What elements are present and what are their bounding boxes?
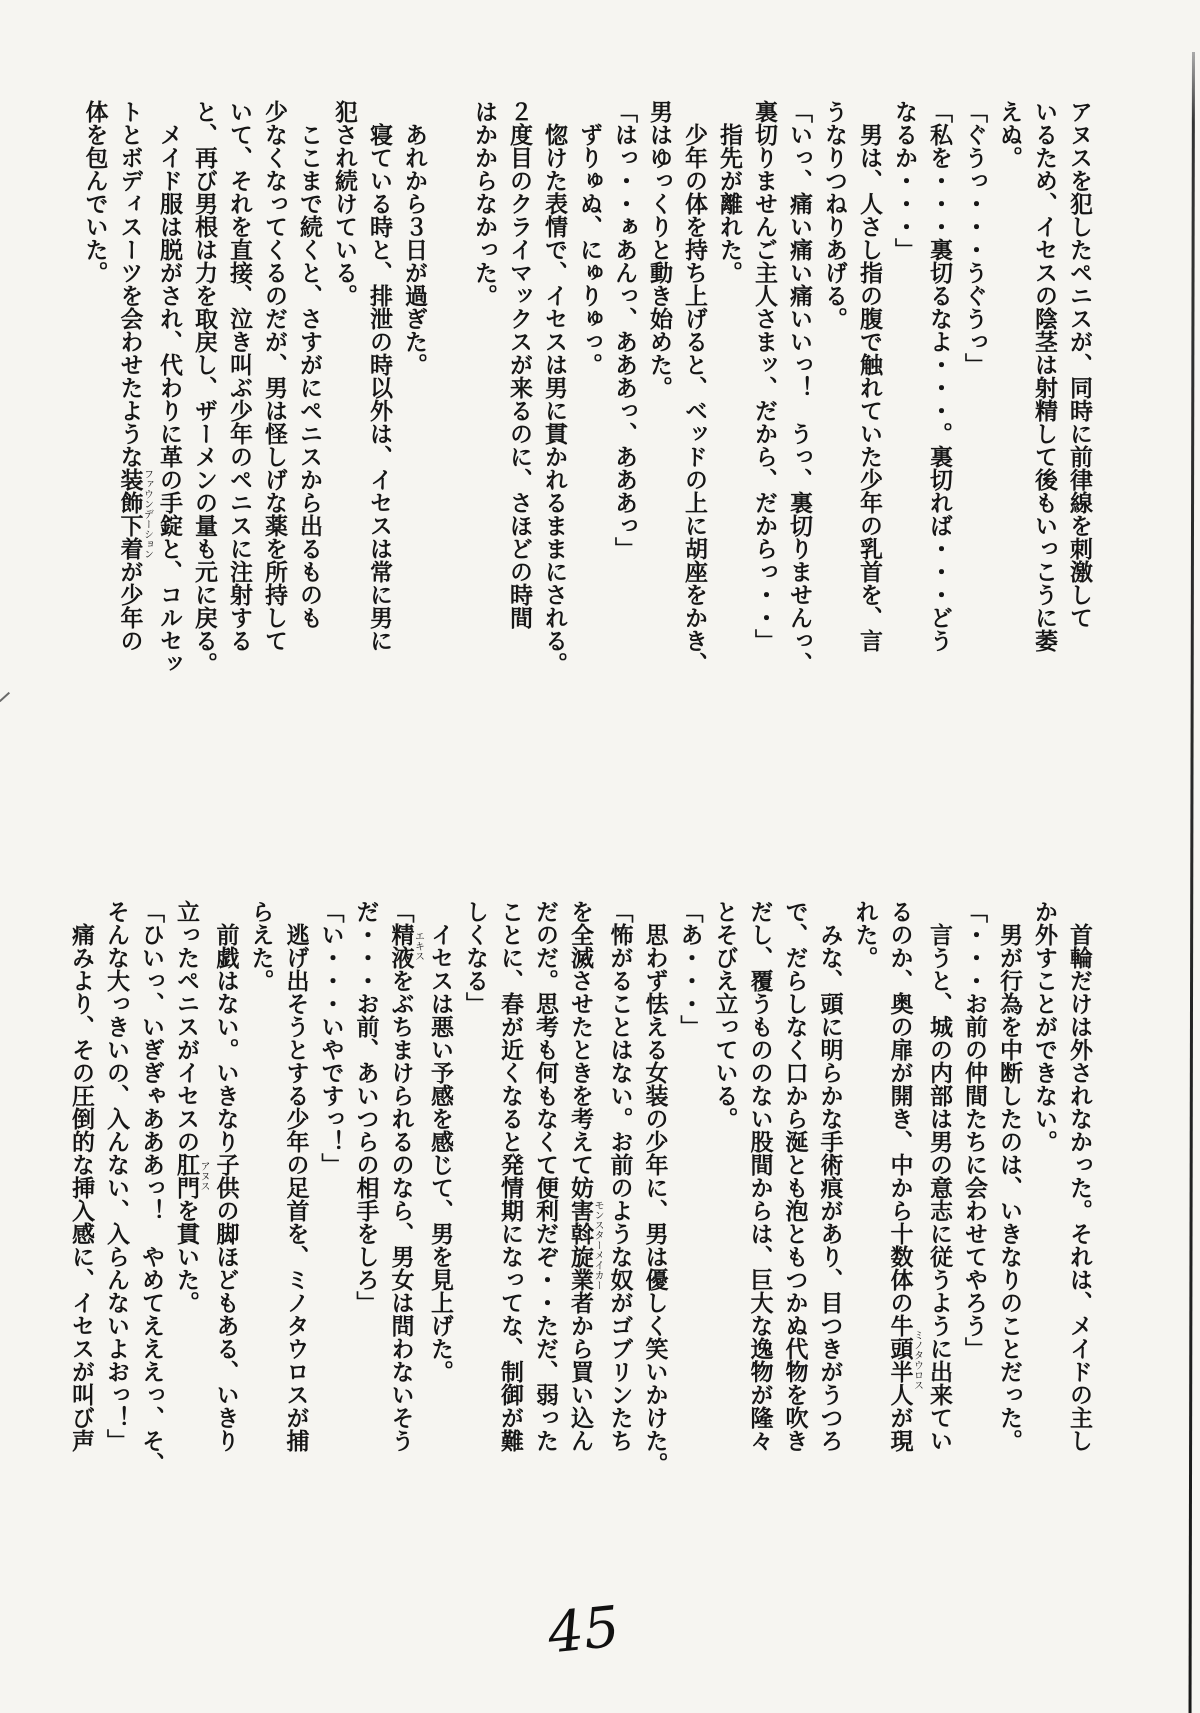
page-number: 45 xyxy=(545,1594,623,1666)
text-column: 犯され続けている。 xyxy=(327,100,362,745)
text-column: 少年の体を持ち上げると、ベッドの上に胡座をかき、 xyxy=(677,100,712,745)
text-column: 寝ている時と、排泄の時以外は、イセスは常に男に xyxy=(362,100,397,745)
text-column: はかからなかった。 xyxy=(467,100,502,745)
text-column: 立ったペニスがイセスの肛門アヌスを貫いた。 xyxy=(169,900,209,1565)
scan-artifact-mark xyxy=(0,692,10,702)
text-column: 惚けた表情で、イセスは男に貫かれるままにされる。 xyxy=(537,100,572,745)
text-column: 「私を・・・裏切るなよ・・・。裏切れば・・・どう xyxy=(922,100,957,745)
text-column: だし、覆うもののない股間からは、巨大な逸物が隆々 xyxy=(743,900,778,1565)
text-column: 少なくなってくるのだが、男は怪しげな薬を所持して xyxy=(257,100,292,745)
text-column: いるため、イセスの陰茎は射精して後もいっこうに萎 xyxy=(1027,100,1062,745)
scanned-page: アヌスを犯したペニスが、同時に前律線を刺激しているため、イセスの陰茎は射精して後… xyxy=(0,0,1200,1713)
text-column: 「あ・・・」 xyxy=(673,900,708,1565)
text-column: 痛みより、その圧倒的な挿入感に、イセスが叫び声 xyxy=(64,900,99,1565)
text-column: だのだ。思考も何もなくて便利だぞ・・ただ、弱った xyxy=(528,900,563,1565)
text-column: るのか、奥の扉が開き、中から十数体の牛頭半人ミノタウロスが現 xyxy=(883,900,923,1565)
text-column: を全滅させたときを考えて妨害斡旋業者モンスターメイカーから買い込ん xyxy=(563,900,603,1565)
text-column: とそびえ立っている。 xyxy=(708,900,743,1565)
text-column: 男は、人さし指の腹で触れていた少年の乳首を、言 xyxy=(852,100,887,745)
text-column: なるか・・・」 xyxy=(887,100,922,745)
text-column: 裏切りませんご主人さまッ、だから、だからっ・・」 xyxy=(747,100,782,745)
text-column: か外すことができない。 xyxy=(1027,900,1062,1565)
text-column: 男はゆっくりと動き始めた。 xyxy=(642,100,677,745)
text-column: と、再び男根は力を取戻し、ザーメンの量も元に戻る。 xyxy=(187,100,222,745)
text-column: 「怖がることはない。お前のような奴がゴブリンたち xyxy=(603,900,638,1565)
text-column: れた。 xyxy=(848,900,883,1565)
top-text-block: アヌスを犯したペニスが、同時に前律線を刺激しているため、イセスの陰茎は射精して後… xyxy=(57,100,1097,745)
text-column: で、だらしなく口から涎とも泡ともつかぬ代物を吹き xyxy=(778,900,813,1565)
text-column: みな、頭に明らかな手術痕があり、目つきがうつろ xyxy=(813,900,848,1565)
text-column: えぬ。 xyxy=(992,100,1027,745)
text-column: 前戯はない。いきなり子供の脚ほどもある、いきり xyxy=(209,900,244,1565)
text-column: 「はっ・・ぁあんっ、あああっ、あああっ」 xyxy=(607,100,642,745)
text-column: メイド服は脱がされ、代わりに革の手錠と、コルセッ xyxy=(152,100,187,745)
text-column: トとボディスーツを会わせたような装飾下着ファウンデーションが少年の xyxy=(113,100,153,745)
text-column: いて、それを直接、泣き叫ぶ少年のペニスに注射する xyxy=(222,100,257,745)
text-column: あれから３日が過ぎた。 xyxy=(397,100,432,745)
text-column: らえた。 xyxy=(244,900,279,1565)
text-column: ２度目のクライマックスが来るのに、さほどの時間 xyxy=(502,100,537,745)
text-column: 「精液エキスをぶちまけられるのなら、男女は問わないそう xyxy=(384,900,424,1565)
column-gap xyxy=(432,100,467,745)
text-column: 思わず怯える女装の少年に、男は優しく笑いかけた。 xyxy=(638,900,673,1565)
text-column: 「・・・お前の仲間たちに会わせてやろう」 xyxy=(957,900,992,1565)
text-column: ここまで続くと、さすがにペニスから出るものも xyxy=(292,100,327,745)
text-column: しくなる」 xyxy=(458,900,493,1565)
text-column: 体を包んでいた。 xyxy=(78,100,113,745)
text-column: 男が行為を中断したのは、いきなりのことだった。 xyxy=(992,900,1027,1565)
text-column: 逃げ出そうとする少年の足首を、ミノタウロスが捕 xyxy=(279,900,314,1565)
text-column: ずりゅぬ、にゅりゅっ。 xyxy=(572,100,607,745)
text-column: 「ぐうっ・・・うぐうっ」 xyxy=(957,100,992,745)
text-column: 指先が離れた。 xyxy=(712,100,747,745)
text-column: だ・・・お前、あいつらの相手をしろ」 xyxy=(349,900,384,1565)
text-column: 言うと、城の内部は男の意志に従うように出来てい xyxy=(922,900,957,1565)
scan-edge-line xyxy=(1189,52,1195,1713)
text-column: そんな大っきいの、入んない、入らんないよおっ！」 xyxy=(99,900,134,1565)
text-column: うなりつねりあげる。 xyxy=(817,100,852,745)
text-column: 「いっ、痛い痛い痛いいっ！ うっ、裏切りませんっ、 xyxy=(782,100,817,745)
text-column: アヌスを犯したペニスが、同時に前律線を刺激して xyxy=(1062,100,1097,745)
text-column: ことに、春が近くなると発情期になってな、制御が難 xyxy=(493,900,528,1565)
text-column: 「い・・・いやですっ！」 xyxy=(314,900,349,1565)
text-column: イセスは悪い予感を感じて、男を見上げた。 xyxy=(423,900,458,1565)
text-column: 首輪だけは外されなかった。それは、メイドの主し xyxy=(1062,900,1097,1565)
bottom-text-block: 首輪だけは外されなかった。それは、メイドの主しか外すことができない。 男が行為を… xyxy=(57,900,1097,1565)
text-column: 「ひいっ、いぎぎゃあああっ！ やめてえええっ、そ、 xyxy=(134,900,169,1565)
